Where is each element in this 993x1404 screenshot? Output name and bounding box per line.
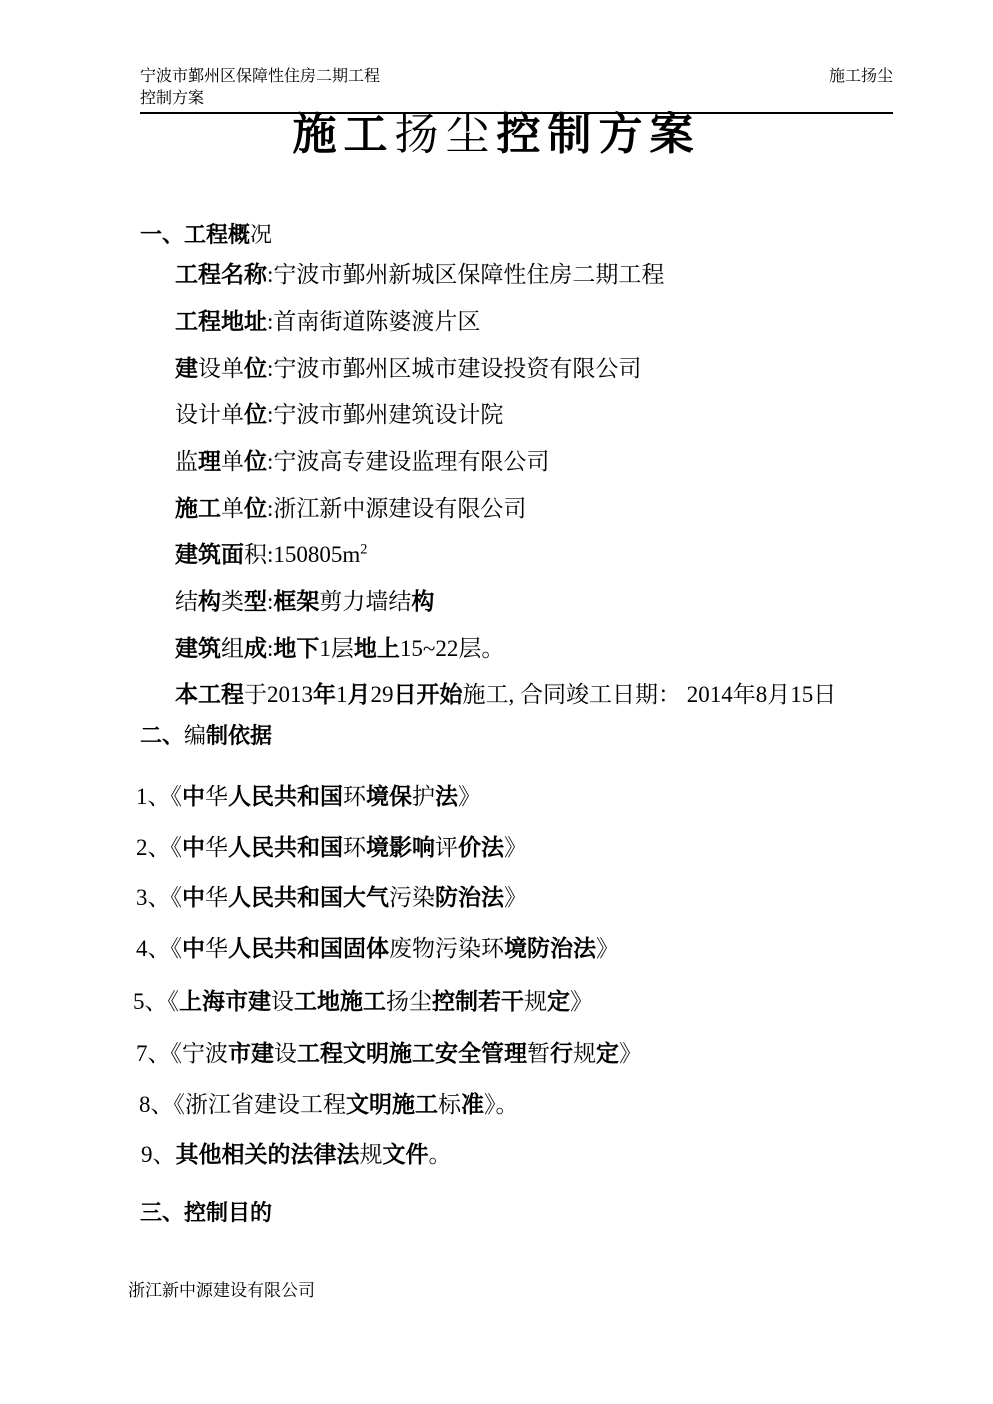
section-heading-purpose: 三、控制目的	[140, 1199, 272, 1227]
bold-text-run: 日开始	[394, 681, 463, 707]
header-left: 宁波市鄞州区保障性住房二期工程 控制方案	[140, 66, 380, 110]
bold-text-run: 控制若干	[432, 988, 524, 1014]
bold-text-run: 地上	[354, 635, 400, 661]
regular-text-run: :宁波高专建设监理有限公司	[267, 449, 549, 474]
regular-text-run: 3、《	[136, 885, 182, 910]
regular-text-run: 》	[504, 885, 527, 910]
basis-item-1: 1、《中华人民共和国环境保护法》	[136, 782, 481, 811]
regular-text-run: 暂	[527, 1041, 550, 1066]
regular-text-run: 护	[412, 784, 435, 809]
bold-text-run: 施工	[175, 495, 221, 521]
bold-text-run: 人民共和国固体	[228, 935, 389, 961]
regular-text-run: 华	[205, 936, 228, 961]
bold-text-run: 境影响	[366, 834, 435, 860]
regular-text-run: 华	[205, 835, 228, 860]
bold-text-run: 二、	[140, 723, 184, 748]
bold-text-run: 年	[313, 681, 336, 707]
regular-text-run: 积	[244, 542, 267, 567]
field-supervision-unit: 监理单位:宁波高专建设监理有限公司	[175, 447, 549, 476]
regular-text-run: 设	[271, 989, 294, 1014]
bold-text-run: 一、工程概	[140, 222, 250, 247]
bold-text-run: 中	[182, 783, 205, 809]
bold-text-run: 上海市建	[179, 988, 271, 1014]
regular-text-run: 》	[619, 1041, 642, 1066]
bold-text-run: 位	[244, 355, 267, 381]
document-page: 宁波市鄞州区保障性住房二期工程 控制方案 施工扬尘 施工扬尘控制方案 一、工程概…	[0, 0, 993, 1404]
regular-text-run: 》。	[484, 1092, 519, 1117]
header-project-line1: 宁波市鄞州区保障性住房二期工程	[140, 66, 380, 88]
bold-text-run: 人民共和国大气	[228, 884, 389, 910]
header-right-label: 施工扬尘	[829, 66, 893, 88]
bold-text-run: 建筑	[175, 635, 221, 661]
regular-text-run: 》	[458, 784, 481, 809]
basis-item-2: 2、《中华人民共和国环境影响评价法》	[136, 833, 527, 862]
footer-company: 浙江新中源建设有限公司	[128, 1280, 315, 1302]
regular-text-run: 编	[184, 723, 206, 748]
regular-text-run: 2	[360, 541, 367, 557]
regular-text-run: 规	[573, 1041, 596, 1066]
bold-text-run: 位	[244, 448, 267, 474]
regular-text-run: 9、	[141, 1142, 176, 1167]
regular-text-run: 1层	[319, 636, 354, 661]
regular-text-run: 监	[175, 449, 198, 474]
regular-text-run: :宁波市鄞州新城区保障性住房二期工程	[267, 262, 664, 287]
regular-text-run: 5、《	[133, 989, 179, 1014]
regular-text-run: :浙江新中源建设有限公司	[267, 496, 526, 521]
regular-text-run: 2、《	[136, 835, 182, 860]
regular-text-run: 29	[371, 682, 394, 707]
regular-text-run: 15~22层。	[400, 636, 504, 661]
regular-text-run: 污染	[389, 885, 435, 910]
basis-item-3: 3、《中华人民共和国大气污染防治法》	[136, 883, 527, 912]
regular-text-run: 》	[504, 835, 527, 860]
bold-text-run: 境防治法	[504, 935, 596, 961]
bold-text-run: 行	[550, 1040, 573, 1066]
bold-text-run: 人民共和国	[228, 783, 343, 809]
regular-text-run: 废物污染环	[389, 936, 504, 961]
bold-text-run: 构	[411, 588, 434, 614]
basis-item-5: 5、《上海市建设工地施工扬尘控制若干规定》	[133, 987, 593, 1016]
regular-text-run: 》	[596, 936, 619, 961]
bold-text-run: 地下	[273, 635, 319, 661]
bold-text-run: 市建	[228, 1040, 274, 1066]
regular-text-run: :宁波市鄞州建筑设计院	[267, 402, 503, 427]
bold-text-run: 价法	[458, 834, 504, 860]
bold-text-run: 防治法	[435, 884, 504, 910]
section-heading-overview: 一、工程概况	[140, 221, 272, 249]
field-floor-area: 建筑面积:150805m2	[175, 540, 367, 569]
field-project-name: 工程名称:宁波市鄞州新城区保障性住房二期工程	[175, 260, 664, 289]
bold-text-run: 成	[244, 635, 267, 661]
regular-text-run: 评	[435, 835, 458, 860]
bold-text-run: 中	[182, 884, 205, 910]
field-construction-unit: 建设单位:宁波市鄞州区城市建设投资有限公司	[175, 354, 641, 383]
regular-text-run: 况	[250, 222, 272, 247]
bold-text-run: 位	[244, 401, 267, 427]
regular-text-run: 扬尘	[386, 989, 432, 1014]
bold-text-run: 建	[175, 355, 198, 381]
regular-text-run: 标	[438, 1092, 461, 1117]
regular-text-run: 单	[221, 496, 244, 521]
bold-text-run: 文件	[383, 1141, 429, 1167]
regular-text-run: :150805m	[267, 542, 360, 567]
bold-text-run: 定	[596, 1040, 619, 1066]
regular-text-run: 结	[175, 589, 198, 614]
regular-text-run: 剪力墙结	[319, 589, 411, 614]
bold-text-run: 型	[244, 588, 267, 614]
regular-text-run: 设计单	[175, 402, 244, 427]
regular-text-run: 华	[205, 885, 228, 910]
basis-item-4: 4、《中华人民共和国固体废物污染环境防治法》	[136, 934, 619, 963]
bold-text-run: 中	[182, 935, 205, 961]
bold-text-run: 工地施工	[294, 988, 386, 1014]
regular-text-run: 规	[360, 1142, 383, 1167]
bold-text-run: 人民共和国	[228, 834, 343, 860]
bold-text-run: 准	[461, 1091, 484, 1117]
regular-text-run: 环	[343, 784, 366, 809]
regular-text-run: 。	[429, 1142, 452, 1167]
regular-text-run: 单	[221, 449, 244, 474]
regular-text-run: 组	[221, 636, 244, 661]
paragraph-schedule: 本工程于2013年1月29日开始施工, 合同竣工日期： 2014年8月15日	[175, 680, 836, 709]
regular-text-run: 类	[221, 589, 244, 614]
bold-text-run: 定	[547, 988, 570, 1014]
bold-text-run: 其他相关的法律法	[176, 1141, 360, 1167]
bold-text-run: 中	[182, 834, 205, 860]
bold-text-run: 建筑面	[175, 541, 244, 567]
document-title: 施工扬尘控制方案	[0, 106, 993, 164]
regular-text-run: 8、《浙江省建设工程	[139, 1092, 346, 1117]
bold-text-run: 框架	[273, 588, 319, 614]
bold-text-run: 理	[198, 448, 221, 474]
basis-item-7: 7、《宁波市建设工程文明施工安全管理暂行规定》	[136, 1039, 642, 1068]
bold-text-run: 境保	[366, 783, 412, 809]
bold-text-run: 三、控制目的	[140, 1200, 272, 1225]
regular-text-run: 设单	[198, 356, 244, 381]
regular-text-run: 7、《宁波	[136, 1041, 228, 1066]
regular-text-run: 施工, 合同竣工日期： 2014年8月15日	[463, 682, 837, 707]
regular-text-run: 1、《	[136, 784, 182, 809]
basis-item-9: 9、其他相关的法律法规文件。	[141, 1140, 452, 1169]
field-structure-type: 结构类型:框架剪力墙结构	[175, 587, 434, 616]
bold-text-run: 构	[198, 588, 221, 614]
regular-text-run: 1	[336, 682, 348, 707]
bold-text-run: 本工程	[175, 681, 244, 707]
regular-text-run: :首南街道陈婆渡片区	[267, 309, 480, 334]
bold-text-run: 月	[348, 681, 371, 707]
field-contractor-unit: 施工单位:浙江新中源建设有限公司	[175, 494, 526, 523]
bold-text-run: 位	[244, 495, 267, 521]
bold-text-run: 施工	[293, 110, 395, 159]
regular-text-run: 环	[343, 835, 366, 860]
field-design-unit: 设计单位:宁波市鄞州建筑设计院	[175, 400, 503, 429]
regular-text-run: :宁波市鄞州区城市建设投资有限公司	[267, 356, 641, 381]
bold-text-run: 法	[435, 783, 458, 809]
bold-text-run: 工程名称	[175, 261, 267, 287]
regular-text-run: 》	[570, 989, 593, 1014]
regular-text-run: 于2013	[244, 682, 313, 707]
bold-text-run: 工程文明施工安全管理	[297, 1040, 527, 1066]
regular-text-run: 扬尘	[395, 110, 497, 159]
bold-text-run: 工程地址	[175, 308, 267, 334]
basis-item-8: 8、《浙江省建设工程文明施工标准》。	[139, 1090, 519, 1119]
bold-text-run: 制依据	[206, 723, 272, 748]
field-project-address: 工程地址:首南街道陈婆渡片区	[175, 307, 480, 336]
regular-text-run: 4、《	[136, 936, 182, 961]
regular-text-run: 华	[205, 784, 228, 809]
section-heading-basis: 二、编制依据	[140, 722, 272, 750]
bold-text-run: 控制方案	[497, 110, 701, 159]
regular-text-run: 规	[524, 989, 547, 1014]
bold-text-run: 文明施工	[346, 1091, 438, 1117]
regular-text-run: 设	[274, 1041, 297, 1066]
field-building-composition: 建筑组成:地下1层地上15~22层。	[175, 634, 504, 663]
